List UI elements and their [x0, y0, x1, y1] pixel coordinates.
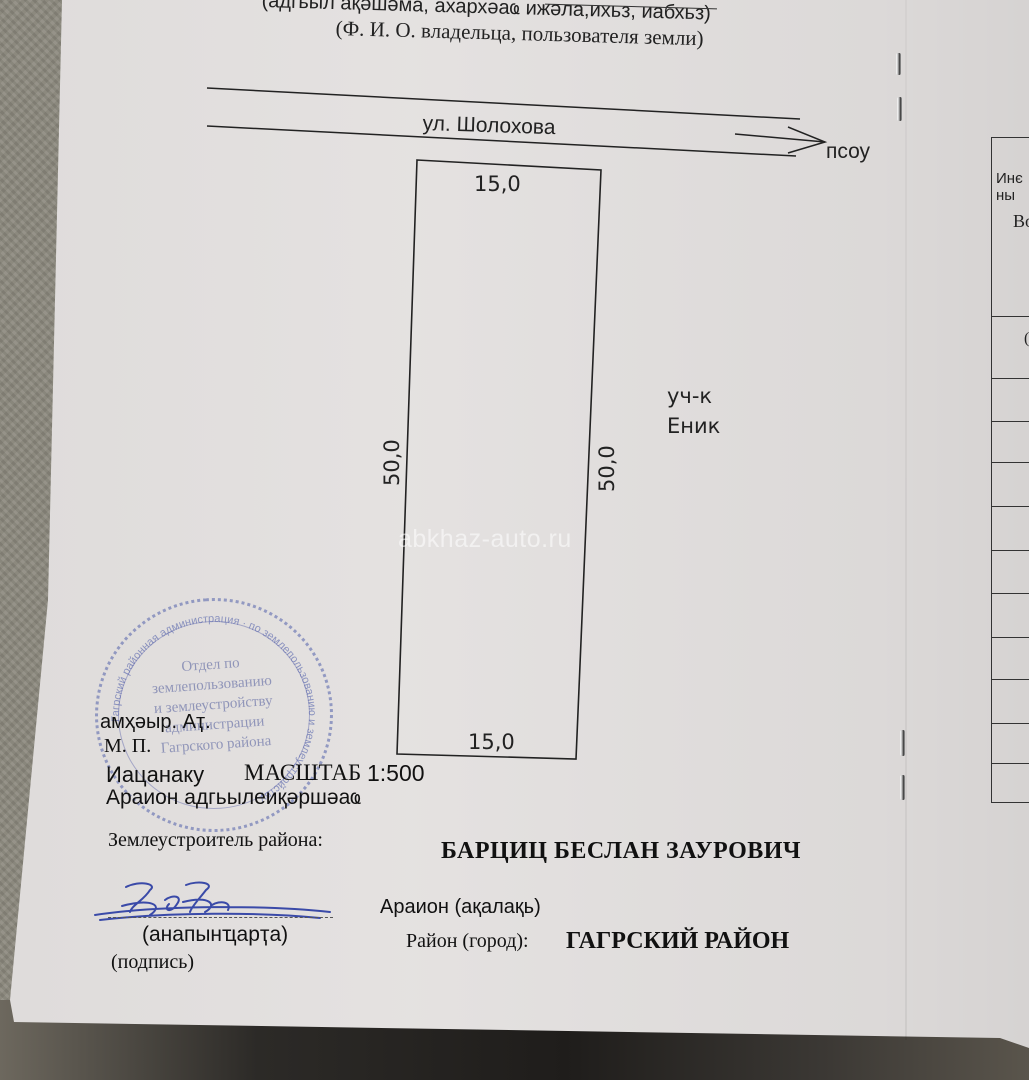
right-table-header: ны	[996, 187, 1015, 204]
seal-place-abkhaz: амҳәыр. Аҭ.	[100, 711, 211, 734]
surveyor-name: БАРЦИЦ БЕСЛАН ЗАУРОВИЧ	[441, 838, 801, 865]
staple-bottom-1	[900, 730, 905, 756]
staple-bottom-2	[900, 775, 905, 800]
seal-place-russian: М. П.	[104, 735, 151, 758]
right-table-header: Во	[1013, 211, 1029, 232]
right-side-length: 50,0	[595, 445, 619, 492]
district-label-russian: Район (город):	[406, 930, 529, 953]
direction-label: псоу	[826, 140, 870, 164]
left-side-length: 50,0	[380, 439, 404, 486]
bottom-side-length: 15,0	[468, 730, 515, 754]
district-name: ГАГРСКИЙ РАЙОН	[566, 928, 789, 955]
signature-line	[108, 917, 333, 919]
scale-label-russian: МАСШТАБ	[244, 760, 361, 786]
scale-value: 1:500	[367, 760, 425, 787]
right-page-table	[991, 137, 1029, 803]
district-label-abkhaz: Араион (ақалақь)	[380, 896, 541, 919]
signature-label-russian: (подпись)	[111, 951, 194, 974]
staple-top-1	[896, 53, 901, 75]
signature-label-abkhaz: (анапынҵарҭа)	[142, 923, 288, 947]
top-side-length: 15,0	[474, 172, 521, 196]
street-label: ул. Шолохова	[422, 112, 556, 140]
staple-top-2	[897, 97, 902, 121]
scale-label-abkhaz: Иацанаку	[106, 762, 204, 788]
neighbor-owner-label: Еник	[667, 414, 720, 438]
right-table-cell: (	[1024, 330, 1029, 348]
surveyor-label-russian: Землеустроитель района:	[108, 829, 323, 852]
watermark: abkhaz-auto.ru	[398, 525, 572, 554]
right-table-header: Инє	[996, 170, 1023, 187]
surveyor-label-abkhaz: Араион адгьылеиқәршәаҩ	[106, 786, 361, 810]
neighbor-plot-label: уч-к	[667, 384, 712, 408]
page-fold	[905, 0, 907, 1040]
